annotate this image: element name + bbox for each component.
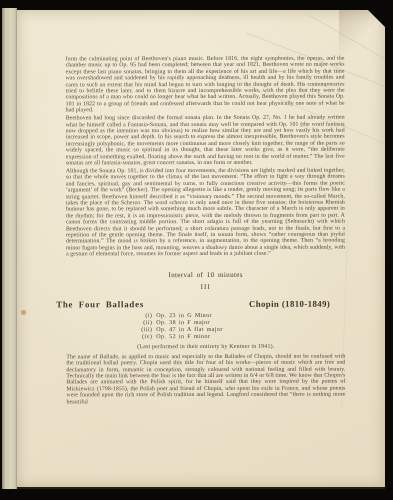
piece-title: The Four Ballades [56,299,144,309]
movement-label: Op. 23 in G Minor [156,313,212,319]
book-cover-edge [2,8,17,489]
movement-item: (iv)Op. 52 in F minor [136,334,345,342]
movement-label: Op. 38 in F major [156,320,210,326]
paper-stain [21,310,26,315]
folded-corner [339,10,385,56]
chopin-paragraph: The name of Ballade, as applied to music… [66,353,345,405]
section-number: III [66,282,345,291]
paper-crease [309,14,388,61]
beethoven-paragraph-1: form the culminating point of Beethoven'… [66,56,345,114]
piece-heading: The Four Ballades Chopin (1810-1849) [56,298,345,309]
movement-label: Op. 47 in A flat major [156,327,222,333]
movement-list: (i)Op. 23 in G Minor (ii)Op. 38 in F maj… [136,312,345,342]
movement-numeral: (iv) [136,335,152,342]
programme-text: form the culminating point of Beethoven'… [66,56,346,406]
piece-composer: Chopin (1810-1849) [249,298,330,308]
beethoven-paragraph-3: Although the Sonata Op. 101, is divided … [66,168,345,258]
beethoven-paragraph-2: Beethoven had long since discarded the f… [66,115,345,167]
movement-label: Op. 52 in F minor [156,334,210,340]
programme-page: form the culminating point of Beethoven'… [17,10,385,489]
last-performed-note: (Last performed in their entirety by Ken… [66,343,345,350]
scanned-programme-photo: { "page": { "colors": { "background": "#… [0,0,393,500]
interval-note: Interval of 10 minutes [66,270,345,279]
movement-numeral: (i) [136,313,152,320]
